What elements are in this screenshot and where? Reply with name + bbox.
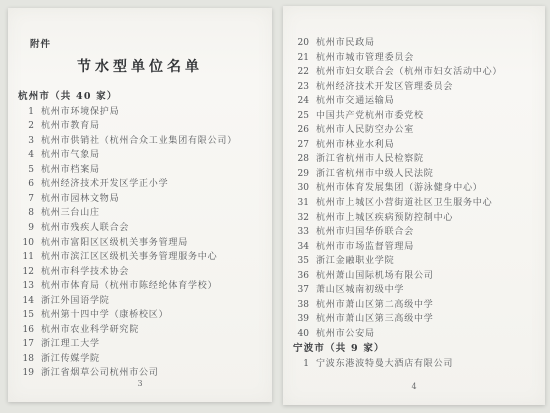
list-item-name: 杭州市妇女联合会（杭州市妇女活动中心） (316, 65, 502, 80)
list-item-number: 38 (283, 298, 309, 313)
list-item-number: 9 (8, 221, 34, 236)
list-item-number: 8 (8, 206, 34, 221)
list-item-number: 26 (283, 123, 309, 138)
list-item-name: 杭州市上城区小营街道社区卫生服务中心 (316, 196, 492, 211)
list-item-name: 杭州市教育局 (41, 119, 100, 134)
list-item: 30 杭州市体育发展集团（游泳健身中心） (283, 181, 539, 196)
list-item: 1 杭州市环境保护局 (8, 105, 266, 120)
list-item-name: 杭州市交通运输局 (316, 94, 394, 109)
list-item-name: 杭州市公安局 (316, 327, 375, 342)
list-item-number: 33 (283, 225, 309, 240)
list-item: 38 杭州市萧山区第二高级中学 (283, 298, 539, 313)
list-item: 39 杭州市萧山区第三高级中学 (283, 312, 539, 327)
list-item: 24 杭州市交通运输局 (283, 94, 539, 109)
list-item-name: 杭州市市场监督管理局 (316, 240, 414, 255)
list-item: 7 杭州市园林文物局 (8, 192, 266, 207)
list-item-name: 杭州市归国华侨联合会 (316, 225, 414, 240)
list-item: 28 浙江省杭州市人民检察院 (283, 152, 539, 167)
list-item-number: 20 (283, 36, 309, 51)
list-item-name: 宁波东港波特曼大酒店有限公司 (316, 357, 453, 372)
list-item: 9 杭州市残疾人联合会 (8, 221, 266, 236)
list-item-number: 11 (8, 250, 34, 265)
list-item-name: 浙江理工大学 (41, 337, 100, 352)
list-item-number: 32 (283, 211, 309, 226)
list-item: 27 杭州市林业水利局 (283, 138, 539, 153)
list-item-number: 22 (283, 65, 309, 80)
list-item: 14 浙江外国语学院 (8, 294, 266, 309)
list-item: 40 杭州市公安局 (283, 327, 539, 342)
list-item-number: 4 (8, 148, 34, 163)
list-item: 10 杭州市富阳区区级机关事务管理局 (8, 236, 266, 251)
list-item-name: 浙江传媒学院 (41, 352, 100, 367)
list-item-number: 28 (283, 152, 309, 167)
list-item: 13 杭州市体育局（杭州市陈经纶体育学校） (8, 279, 266, 294)
list-item-name: 杭州市人民防空办公室 (316, 123, 414, 138)
list-item-name: 杭州经济技术开发区管理委员会 (316, 80, 453, 95)
list-item-name: 杭州市萧山区第三高级中学 (316, 312, 434, 327)
list-item-number: 27 (283, 138, 309, 153)
list-item-number: 30 (283, 181, 309, 196)
list-item-number: 12 (8, 265, 34, 280)
list-item-number: 25 (283, 109, 309, 124)
list-item: 18 浙江传媒学院 (8, 352, 266, 367)
list-item: 32 杭州市上城区疾病预防控制中心 (283, 211, 539, 226)
list-item-number: 15 (8, 308, 34, 323)
list-item-number: 1 (8, 105, 34, 120)
list-item: 34 杭州市市场监督管理局 (283, 240, 539, 255)
list-item-name: 浙江省杭州市人民检察院 (316, 152, 424, 167)
list-item-name: 杭州市残疾人联合会 (41, 221, 129, 236)
list-item-number: 1 (283, 357, 309, 372)
list-item-number: 35 (283, 254, 309, 269)
list-item-number: 40 (283, 327, 309, 342)
list-item: 20 杭州市民政局 (283, 36, 539, 51)
section-heading-hangzhou: 杭州市（共 40 家） (18, 90, 266, 105)
list-item-name: 萧山区城南初级中学 (316, 283, 404, 298)
list-item: 17 浙江理工大学 (8, 337, 266, 352)
unit-list-hangzhou-part1: 1 杭州市环境保护局 2 杭州市教育局 3 杭州市供销社（杭州合众工业集团有限公… (8, 105, 266, 381)
section-heading-ningbo: 宁波市（共 9 家） (293, 342, 539, 357)
list-item-name: 杭州萧山国际机场有限公司 (316, 269, 434, 284)
page-number-left: 3 (8, 379, 272, 388)
list-item: 36 杭州萧山国际机场有限公司 (283, 269, 539, 284)
list-item-number: 10 (8, 236, 34, 251)
list-item-number: 13 (8, 279, 34, 294)
list-item-name: 杭州市供销社（杭州合众工业集团有限公司） (41, 134, 237, 149)
list-item: 15 杭州第十四中学（康桥校区） (8, 308, 266, 323)
list-item: 2 杭州市教育局 (8, 119, 266, 134)
list-item-number: 5 (8, 163, 34, 178)
list-item: 21 杭州市城市管理委员会 (283, 51, 539, 66)
document-page-left: 附件 节水型单位名单 杭州市（共 40 家） 1 杭州市环境保护局 2 杭州市教… (8, 8, 272, 402)
list-item-name: 杭州市农业科学研究院 (41, 323, 139, 338)
list-item: 22 杭州市妇女联合会（杭州市妇女活动中心） (283, 65, 539, 80)
list-item: 31 杭州市上城区小营街道社区卫生服务中心 (283, 196, 539, 211)
list-item-number: 6 (8, 177, 34, 192)
list-item-name: 杭州市环境保护局 (41, 105, 119, 120)
list-item-name: 浙江金融职业学院 (316, 254, 394, 269)
list-item: 6 杭州经济技术开发区学正小学 (8, 177, 266, 192)
list-item-name: 杭州市园林文物局 (41, 192, 119, 207)
list-item-number: 24 (283, 94, 309, 109)
list-item-number: 34 (283, 240, 309, 255)
list-item-number: 39 (283, 312, 309, 327)
list-item: 11 杭州市滨江区区级机关事务管理服务中心 (8, 250, 266, 265)
list-item-name: 杭州市萧山区第二高级中学 (316, 298, 434, 313)
list-item: 4 杭州市气象局 (8, 148, 266, 163)
list-item-number: 21 (283, 51, 309, 66)
list-item: 33 杭州市归国华侨联合会 (283, 225, 539, 240)
list-item-number: 16 (8, 323, 34, 338)
list-item: 5 杭州市档案局 (8, 163, 266, 178)
list-item: 16 杭州市农业科学研究院 (8, 323, 266, 338)
attachment-label: 附件 (30, 36, 51, 50)
list-item: 35 浙江金融职业学院 (283, 254, 539, 269)
list-item-number: 29 (283, 167, 309, 182)
document-page-right: 20 杭州市民政局 21 杭州市城市管理委员会 22 杭州市妇女联合会（杭州市妇… (283, 6, 545, 405)
list-item-name: 杭州三台山庄 (41, 206, 100, 221)
list-item: 23 杭州经济技术开发区管理委员会 (283, 80, 539, 95)
page-title: 节水型单位名单 (8, 56, 272, 76)
list-item-name: 杭州市滨江区区级机关事务管理服务中心 (41, 250, 217, 265)
unit-list-hangzhou-part2: 20 杭州市民政局 21 杭州市城市管理委员会 22 杭州市妇女联合会（杭州市妇… (283, 36, 539, 341)
list-item-name: 杭州市气象局 (41, 148, 100, 163)
list-item-number: 18 (8, 352, 34, 367)
list-item-number: 14 (8, 294, 34, 309)
list-item-name: 杭州市城市管理委员会 (316, 51, 414, 66)
list-item-number: 23 (283, 80, 309, 95)
unit-list-ningbo: 1 宁波东港波特曼大酒店有限公司 (283, 357, 539, 372)
list-item-name: 杭州市民政局 (316, 36, 375, 51)
list-item-number: 17 (8, 337, 34, 352)
list-item-name: 杭州第十四中学（康桥校区） (41, 308, 168, 323)
list-item-name: 杭州市体育局（杭州市陈经纶体育学校） (41, 279, 217, 294)
list-item-name: 杭州市上城区疾病预防控制中心 (316, 211, 453, 226)
list-item-name: 浙江省杭州市中级人民法院 (316, 167, 434, 182)
list-item-name: 杭州市体育发展集团（游泳健身中心） (316, 181, 483, 196)
list-item-name: 杭州市档案局 (41, 163, 100, 178)
list-item-name: 中国共产党杭州市委党校 (316, 109, 424, 124)
list-item-number: 2 (8, 119, 34, 134)
list-item-name: 浙江外国语学院 (41, 294, 110, 309)
list-item-name: 杭州经济技术开发区学正小学 (41, 177, 168, 192)
list-item-name: 杭州市富阳区区级机关事务管理局 (41, 236, 188, 251)
list-item-number: 7 (8, 192, 34, 207)
list-item: 37 萧山区城南初级中学 (283, 283, 539, 298)
list-item-number: 37 (283, 283, 309, 298)
list-item-number: 3 (8, 134, 34, 149)
list-item-name: 杭州市科学技术协会 (41, 265, 129, 280)
list-item: 1 宁波东港波特曼大酒店有限公司 (283, 357, 539, 372)
list-item: 26 杭州市人民防空办公室 (283, 123, 539, 138)
list-item-name: 杭州市林业水利局 (316, 138, 394, 153)
list-item: 3 杭州市供销社（杭州合众工业集团有限公司） (8, 134, 266, 149)
page-number-right: 4 (283, 382, 545, 391)
list-item-number: 36 (283, 269, 309, 284)
list-item: 8 杭州三台山庄 (8, 206, 266, 221)
list-item: 12 杭州市科学技术协会 (8, 265, 266, 280)
list-item: 29 浙江省杭州市中级人民法院 (283, 167, 539, 182)
list-item-number: 31 (283, 196, 309, 211)
list-item: 25 中国共产党杭州市委党校 (283, 109, 539, 124)
